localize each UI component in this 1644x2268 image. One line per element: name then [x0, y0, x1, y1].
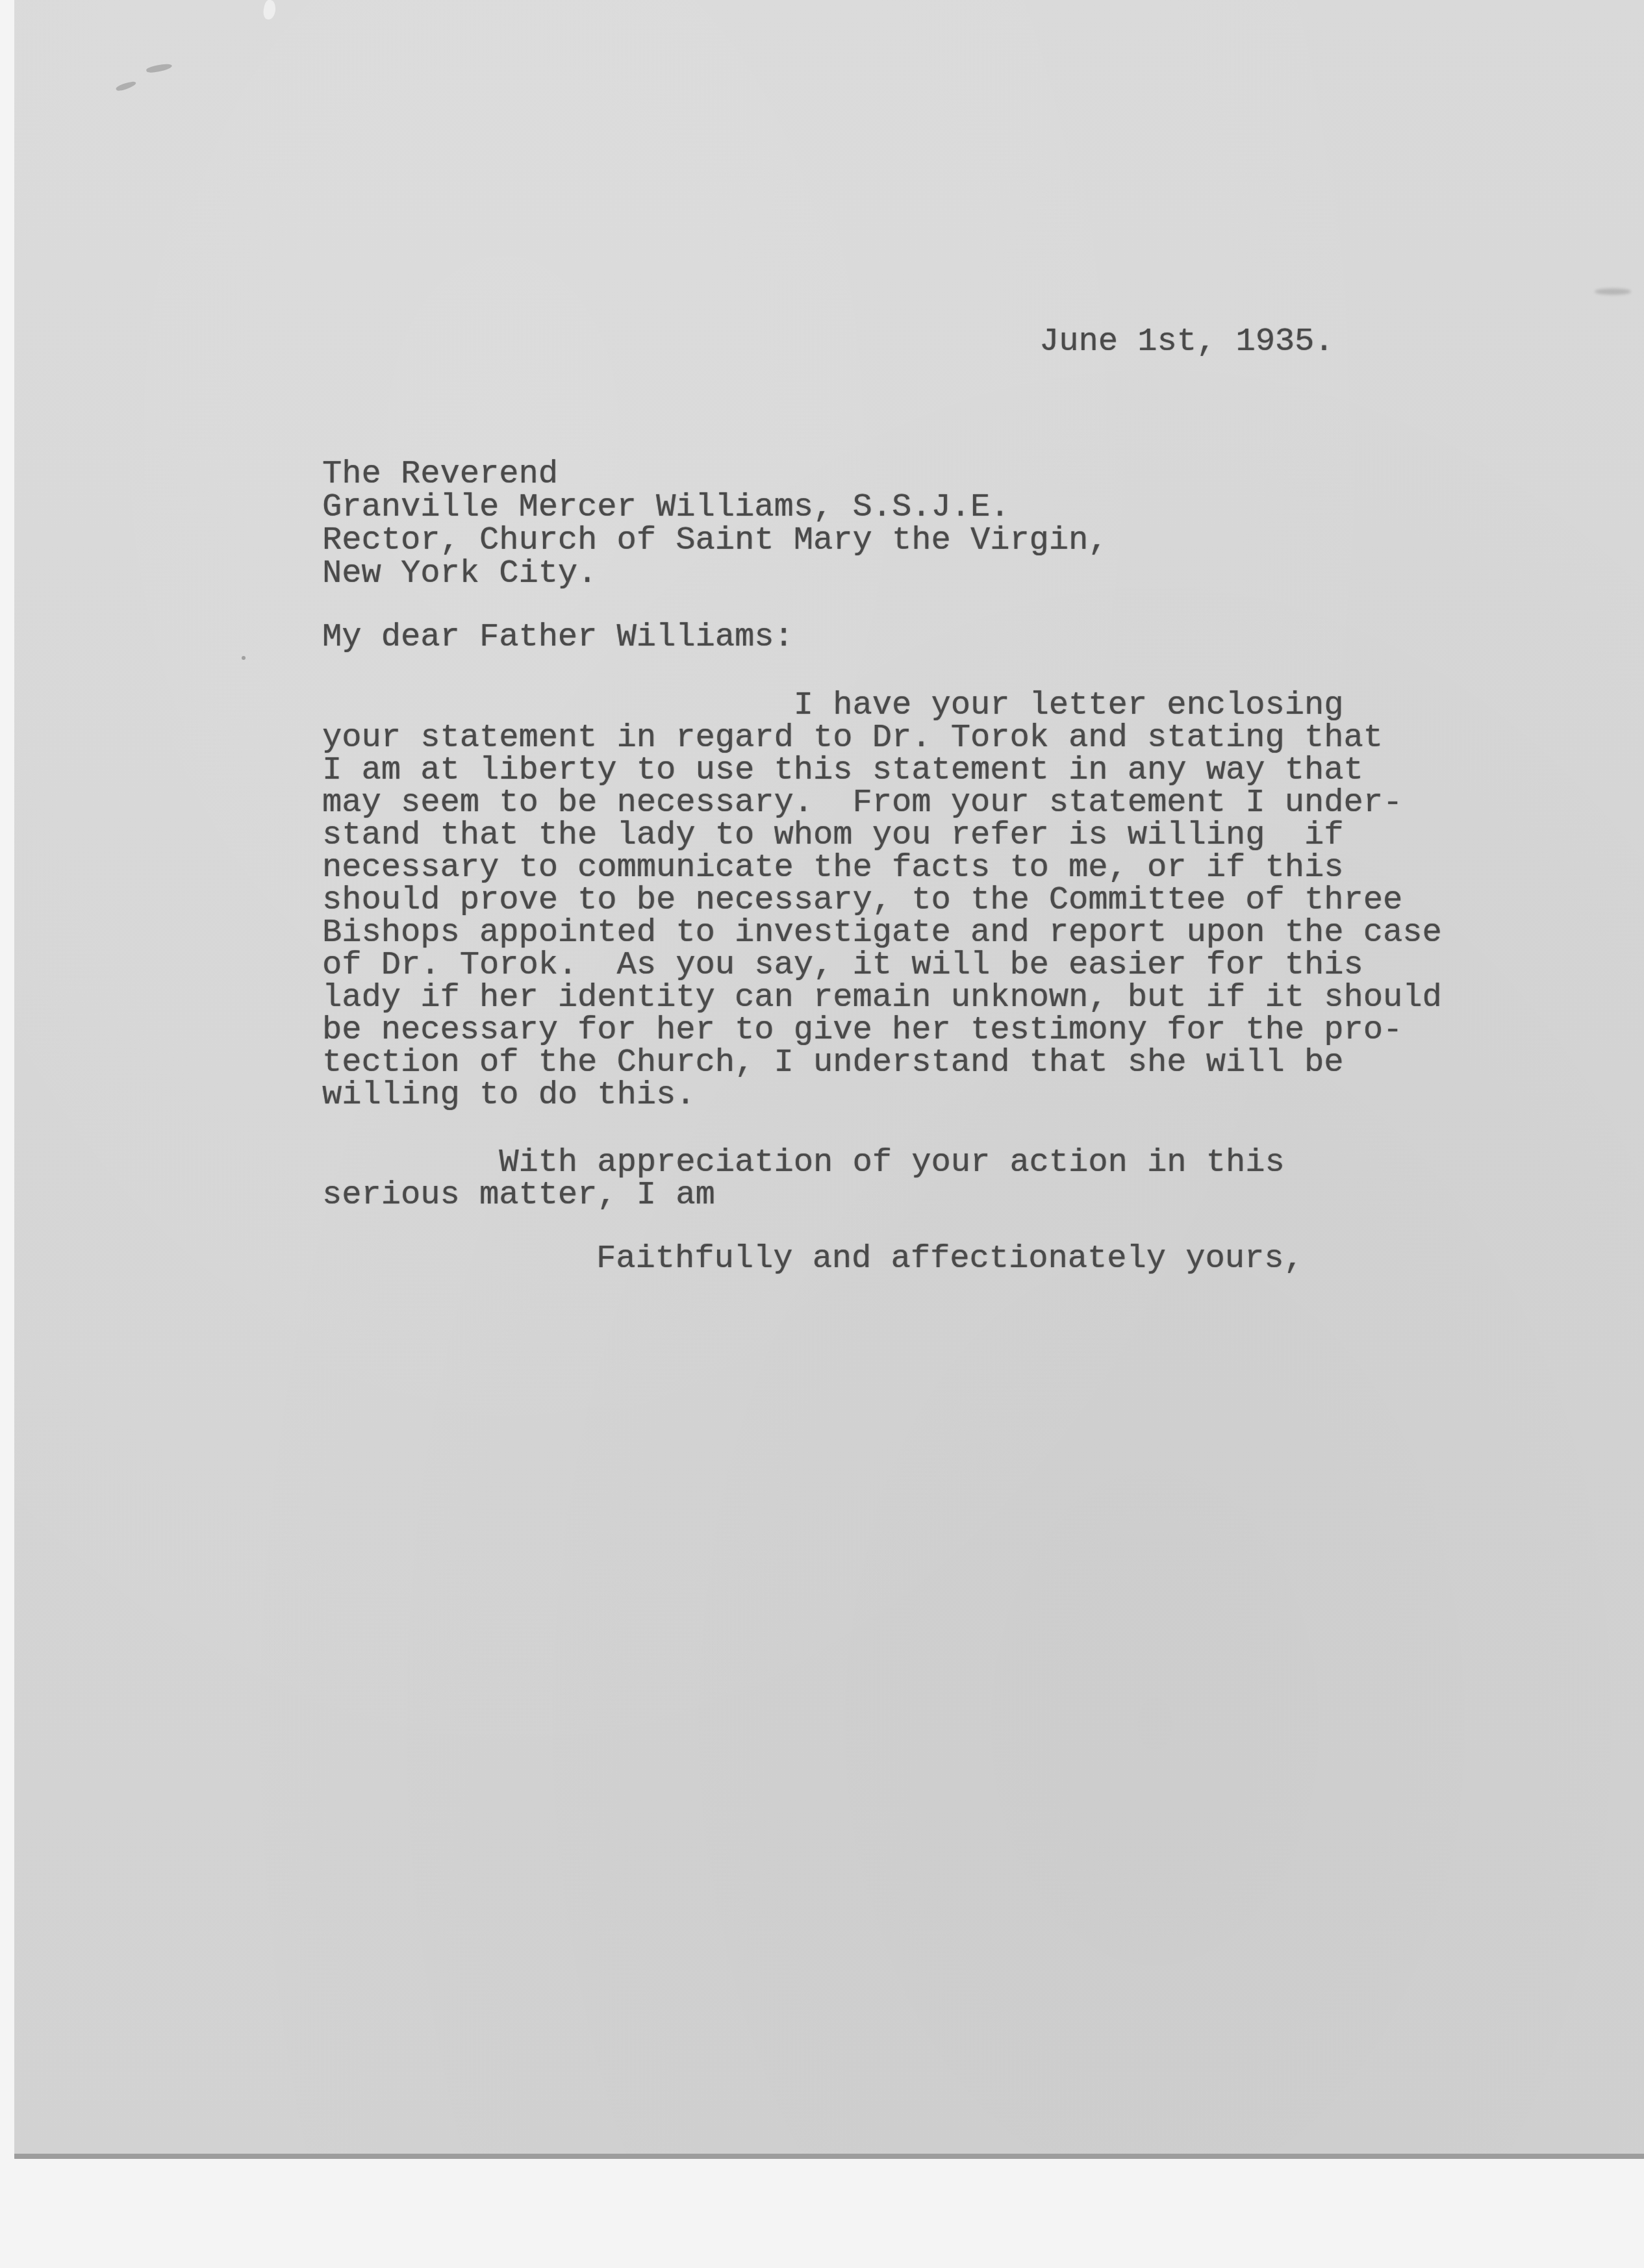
body-line: lady if her identity can remain unknown,…: [322, 982, 1442, 1014]
body-line: be necessary for her to give her testimo…: [322, 1014, 1402, 1047]
body-line: your statement in regard to Dr. Torok an…: [322, 722, 1383, 755]
recipient-address-line: The Reverend: [322, 459, 558, 491]
letter-text: June 1st, 1935. The Reverend Granville M…: [0, 0, 1644, 2155]
body-line: should prove to be necessary, to the Com…: [322, 885, 1402, 917]
body-line: of Dr. Torok. As you say, it will be eas…: [322, 950, 1363, 982]
body-line: Bishops appointed to investigate and rep…: [322, 917, 1442, 950]
body-line: tection of the Church, I understand that…: [322, 1047, 1343, 1079]
recipient-address-line: Rector, Church of Saint Mary the Virgin,: [322, 525, 1108, 557]
body-line: I have your letter enclosing: [322, 690, 1343, 722]
closing-line: With appreciation of your action in this: [322, 1147, 1285, 1179]
recipient-address-line: New York City.: [322, 558, 597, 590]
recipient-address-line: Granville Mercer Williams, S.S.J.E.: [322, 492, 1009, 524]
salutation: My dear Father Williams:: [322, 622, 794, 654]
body-line: willing to do this.: [322, 1079, 696, 1112]
body-line: may seem to be necessary. From your stat…: [322, 787, 1402, 820]
letter-date: June 1st, 1935.: [1039, 326, 1334, 359]
valediction: Faithfully and affectionately yours,: [596, 1243, 1304, 1276]
closing-line: serious matter, I am: [322, 1179, 715, 1212]
body-line: I am at liberty to use this statement in…: [322, 755, 1363, 787]
body-line: necessary to communicate the facts to me…: [322, 852, 1343, 885]
body-line: stand that the lady to whom you refer is…: [322, 820, 1343, 852]
